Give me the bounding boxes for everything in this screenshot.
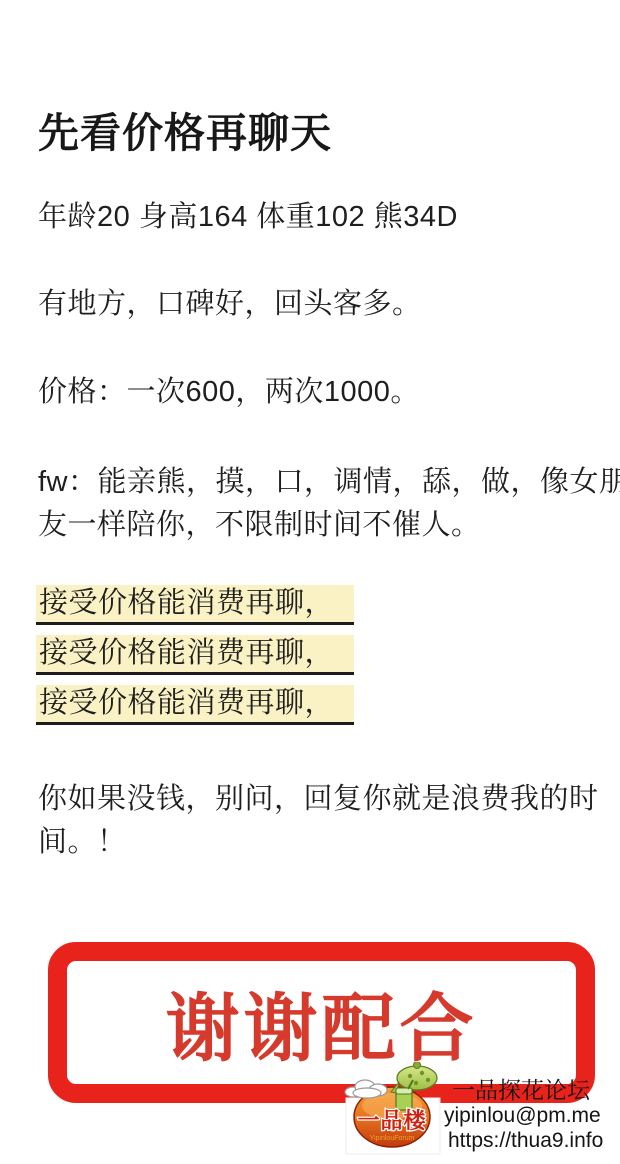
warning-line-2: 间。！ [38,819,127,860]
contact-email: yipinlou@pm.me [444,1104,601,1128]
stamp-text: 谢谢配合 [166,970,478,1076]
highlighted-line-2: 接受价格能消费再聊， [36,635,354,675]
cloud-icon [345,1080,387,1098]
forum-url: https://thua9.info [448,1129,603,1153]
yipinlou-logo: 一品楼 YipinlouForum [340,1062,442,1158]
service-line-1: fw：能亲熊，摸，口，调情，舔，做，像女朋 [38,459,620,500]
flyer-page: 先看价格再聊天 年龄20 身高164 体重102 熊34D 有地方，口碑好，回头… [0,0,620,1164]
logo-subtitle-text: YipinlouForum [370,1135,415,1142]
stats-line: 年龄20 身高164 体重102 熊34D [38,194,458,235]
warning-line-1: 你如果没钱，别问，回复你就是浪费我的时 [38,776,599,817]
page-title: 先看价格再聊天 [38,100,332,159]
price-line: 价格：一次600，两次1000。 [38,369,420,410]
reputation-line: 有地方，口碑好，回头客多。 [38,281,422,322]
logo-name-text: 一品楼 [357,1108,426,1133]
forum-name: 一品探花论坛 [452,1072,590,1105]
highlighted-line-3: 接受价格能消费再聊， [36,685,354,725]
service-line-2: 友一样陪你，不限制时间不催人。 [38,502,481,543]
highlighted-line-1: 接受价格能消费再聊， [36,585,354,625]
